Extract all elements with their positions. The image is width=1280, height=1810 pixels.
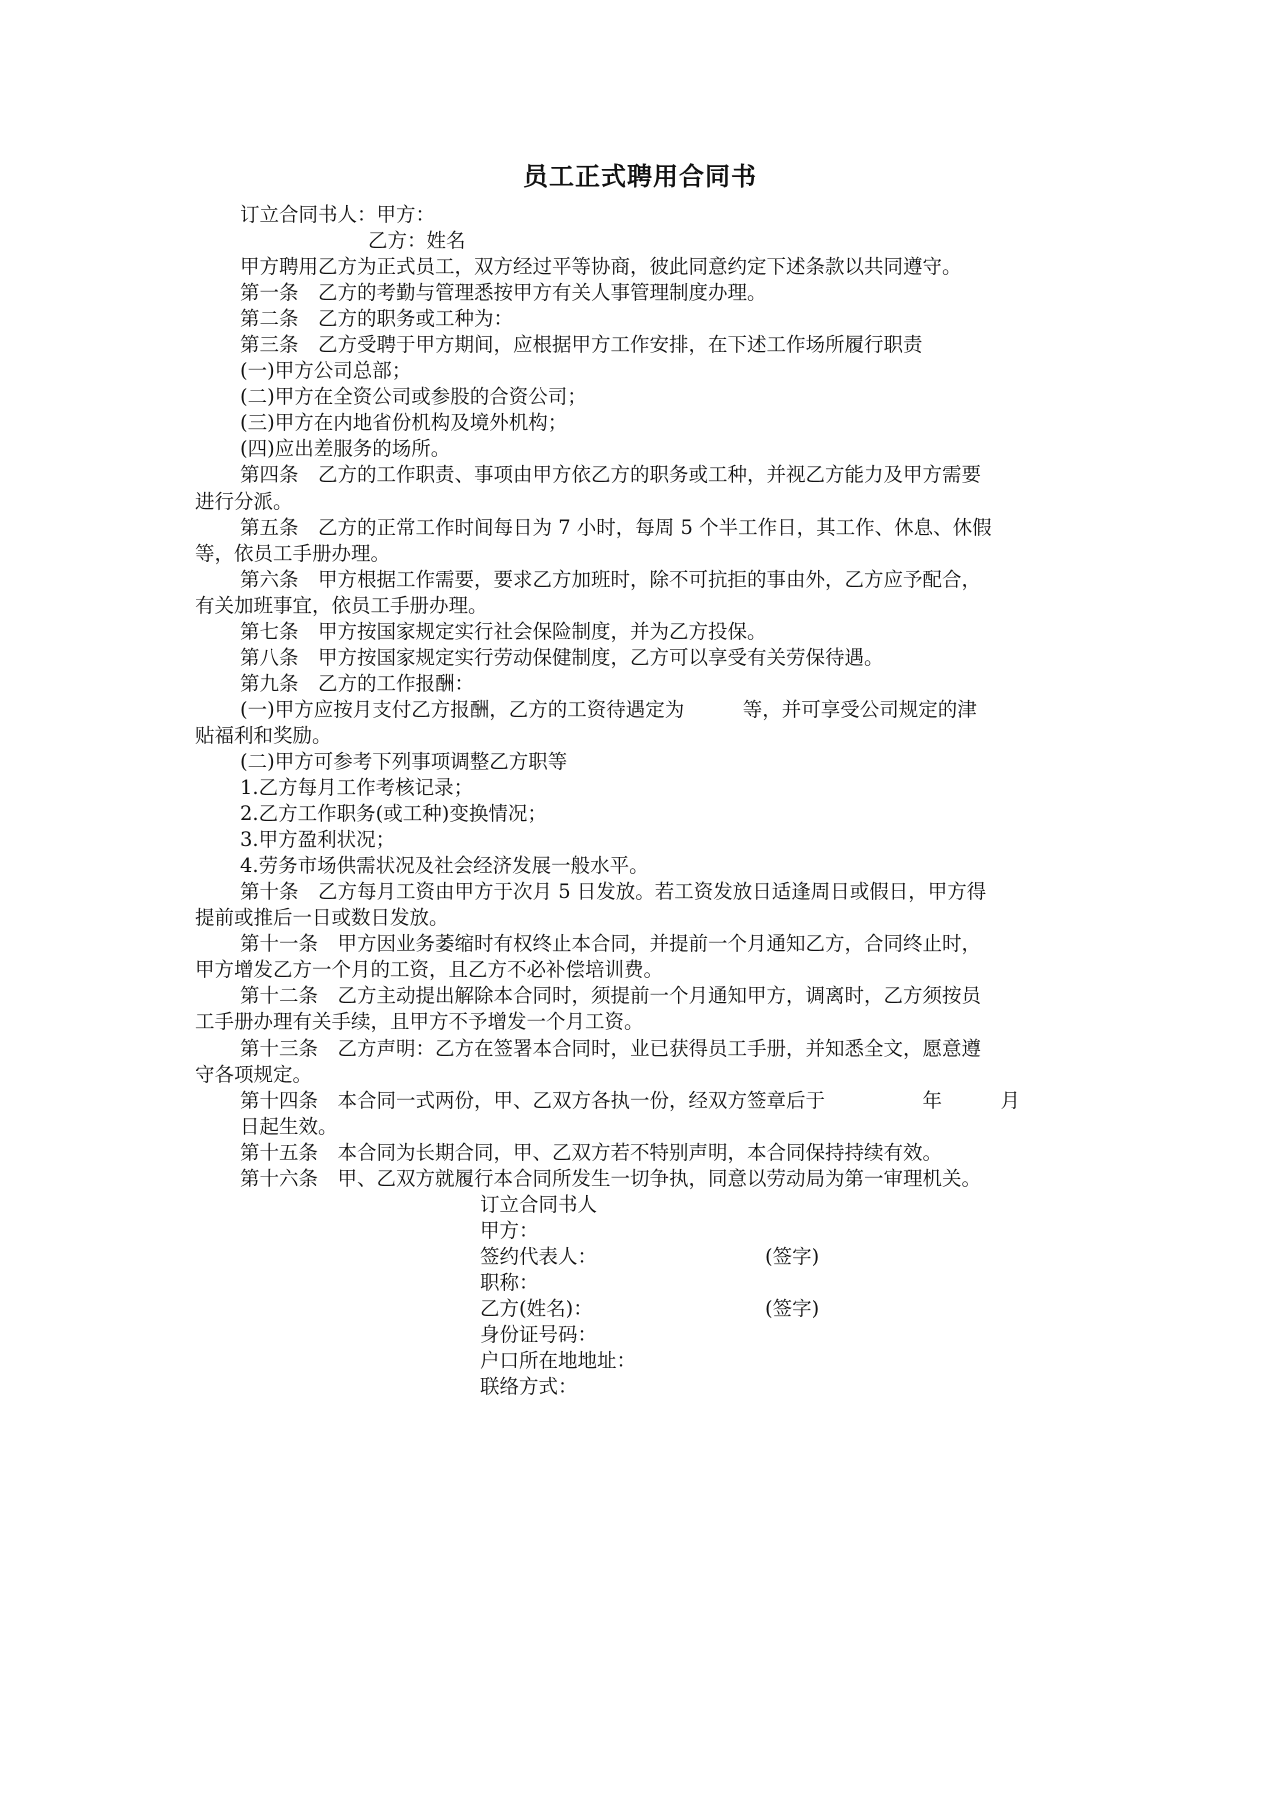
contract-line: 第十条 乙方每月工资由甲方于次月 5 日发放。若工资发放日适逢周日或假日，甲方得 <box>195 879 1097 905</box>
contract-line: 贴福利和奖励。 <box>195 723 1097 749</box>
contract-line: 2.乙方工作职务(或工种)变换情况； <box>195 801 1097 827</box>
contract-line: (四)应出差服务的场所。 <box>195 436 1097 462</box>
contract-line: 第十五条 本合同为长期合同，甲、乙双方若不特别声明，本合同保持持续有效。 <box>195 1140 1097 1166</box>
signature-representative-row: 签约代表人：(签字) <box>195 1244 1097 1270</box>
contract-line: 甲方聘用乙方为正式员工，双方经过平等协商，彼此同意约定下述条款以共同遵守。 <box>195 254 1097 280</box>
contract-line: 3.甲方盈利状况； <box>195 827 1097 853</box>
contract-line: 进行分派。 <box>195 489 1097 515</box>
contract-line: 第十六条 甲、乙双方就履行本合同所发生一切争执，同意以劳动局为第一审理机关。 <box>195 1166 1097 1192</box>
contract-line: 日起生效。 <box>195 1114 1097 1140</box>
signature-id-number: 身份证号码： <box>195 1322 1097 1348</box>
contract-line: 4.劳务市场供需状况及社会经济发展一般水平。 <box>195 853 1097 879</box>
signature-household-address: 户口所在地地址： <box>195 1348 1097 1374</box>
contract-line: 第三条 乙方受聘于甲方期间，应根据甲方工作安排，在下述工作场所履行职责 <box>195 332 1097 358</box>
signature-party-b-row: 乙方(姓名)：(签字) <box>195 1296 1097 1322</box>
contract-line: 有关加班事宜，依员工手册办理。 <box>195 593 1097 619</box>
contract-body: 订立合同书人：甲方：乙方：姓名甲方聘用乙方为正式员工，双方经过平等协商，彼此同意… <box>195 202 1097 1400</box>
contract-line: 第八条 甲方按国家规定实行劳动保健制度，乙方可以享受有关劳保待遇。 <box>195 645 1097 671</box>
signature-party-b-sign: (签字) <box>765 1297 819 1320</box>
contract-line: 第七条 甲方按国家规定实行社会保险制度，并为乙方投保。 <box>195 619 1097 645</box>
contract-line: 等，依员工手册办理。 <box>195 541 1097 567</box>
contract-line: 第四条 乙方的工作职责、事项由甲方依乙方的职务或工种，并视乙方能力及甲方需要 <box>195 462 1097 488</box>
contract-line: 第十二条 乙方主动提出解除本合同时，须提前一个月通知甲方，调离时，乙方须按员 <box>195 983 1097 1009</box>
contract-line: 工手册办理有关手续，且甲方不予增发一个月工资。 <box>195 1009 1097 1035</box>
contract-line: 第六条 甲方根据工作需要，要求乙方加班时，除不可抗拒的事由外，乙方应予配合， <box>195 567 1097 593</box>
contract-clauses: 订立合同书人：甲方：乙方：姓名甲方聘用乙方为正式员工，双方经过平等协商，彼此同意… <box>195 202 1097 1192</box>
contract-line: (二)甲方在全资公司或参股的合资公司； <box>195 384 1097 410</box>
document-title: 员工正式聘用合同书 <box>0 160 1280 194</box>
signature-job-title: 职称： <box>195 1270 1097 1296</box>
signature-representative-label: 签约代表人： <box>480 1244 765 1270</box>
contract-line: 第五条 乙方的正常工作时间每日为 7 小时，每周 5 个半工作日，其工作、休息、… <box>195 515 1097 541</box>
contract-line: (一)甲方应按月支付乙方报酬，乙方的工资待遇定为 等，并可享受公司规定的津 <box>195 697 1097 723</box>
contract-line: 第十三条 乙方声明：乙方在签署本合同时，业已获得员工手册，并知悉全文，愿意遵 <box>195 1036 1097 1062</box>
contract-line: 守各项规定。 <box>195 1062 1097 1088</box>
signature-contact: 联络方式： <box>195 1374 1097 1400</box>
contract-line: 乙方：姓名 <box>195 228 1097 254</box>
signature-representative-sign: (签字) <box>765 1245 819 1268</box>
contract-line: 甲方增发乙方一个月的工资，且乙方不必补偿培训费。 <box>195 957 1097 983</box>
contract-line: 1.乙方每月工作考核记录； <box>195 775 1097 801</box>
signature-block: 订立合同书人 甲方： 签约代表人：(签字) 职称： 乙方(姓名)：(签字) 身份… <box>195 1192 1097 1400</box>
contract-line: (二)甲方可参考下列事项调整乙方职等 <box>195 749 1097 775</box>
contract-line: (一)甲方公司总部； <box>195 358 1097 384</box>
signature-party-b-label: 乙方(姓名)： <box>480 1296 765 1322</box>
contract-line: 第九条 乙方的工作报酬： <box>195 671 1097 697</box>
contract-line: 订立合同书人：甲方： <box>195 202 1097 228</box>
contract-line: 第二条 乙方的职务或工种为： <box>195 306 1097 332</box>
signature-party-a: 甲方： <box>195 1218 1097 1244</box>
contract-line: (三)甲方在内地省份机构及境外机构； <box>195 410 1097 436</box>
contract-line: 第十一条 甲方因业务萎缩时有权终止本合同，并提前一个月通知乙方，合同终止时， <box>195 931 1097 957</box>
contract-line: 提前或推后一日或数日发放。 <box>195 905 1097 931</box>
signature-heading: 订立合同书人 <box>195 1192 1097 1218</box>
contract-line: 第一条 乙方的考勤与管理悉按甲方有关人事管理制度办理。 <box>195 280 1097 306</box>
contract-line: 第十四条 本合同一式两份，甲、乙双方各执一份，经双方签章后于 年 月 <box>195 1088 1097 1114</box>
